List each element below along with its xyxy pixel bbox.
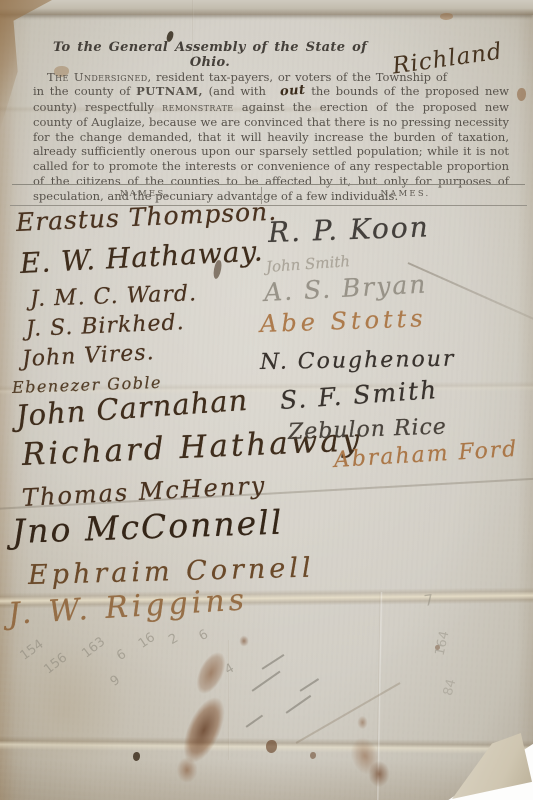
- signature-right-4: Abe Stotts: [260, 304, 428, 338]
- table-rule-top: [12, 184, 525, 185]
- handwritten-inserted-word: out: [266, 84, 307, 102]
- opening-smallcaps: The Undersigned: [47, 70, 148, 84]
- salutation-line: To the General Assembly of the State of …: [35, 40, 385, 70]
- names-column-header-right: NAMES.: [358, 189, 453, 199]
- signature-right-1: R. P. Koon: [267, 210, 430, 249]
- county-name: PUTNAM,: [136, 84, 203, 98]
- names-column-header-left: NAMES.: [100, 189, 190, 199]
- signature-right-5: N. Coughenour: [260, 347, 456, 375]
- remonstrate-smallcaps: remonstrate: [162, 100, 233, 114]
- body-segment: in the county of: [33, 84, 136, 98]
- paper-top-fold-edge: [0, 0, 533, 15]
- body-segment: (and with: [203, 84, 266, 98]
- body-segment: against the erection of the proposed new…: [33, 100, 509, 203]
- scanned-petition-page: To the General Assembly of the State of …: [0, 0, 533, 800]
